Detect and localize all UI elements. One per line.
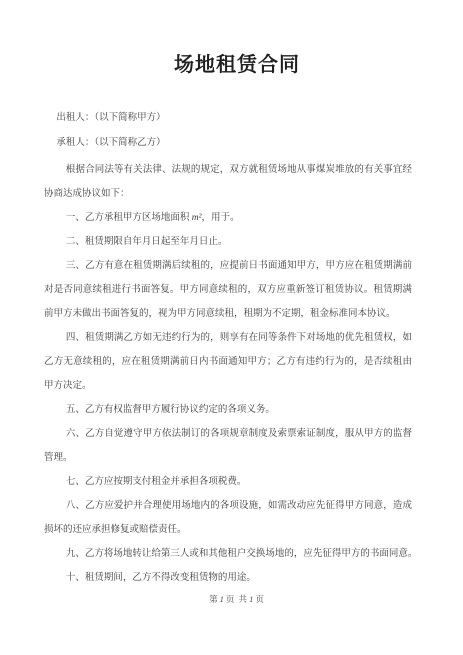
clause-8: 八、乙方应爱护并合理使用场地内的各项设施，如需改动应先征得甲方同意，造成损坏的还… (44, 494, 412, 542)
document-title: 场地租赁合同 (44, 53, 430, 77)
footer-prefix: 第 (209, 594, 219, 604)
square-meter-unit: m² (192, 213, 202, 223)
contract-page: 场地租赁合同 出租人：（以下简称甲方） 承租人：（以下简称乙方） 根据合同法等有… (0, 0, 463, 655)
clause-1-text-pre: 一、乙方承租甲方区场地面积 (66, 213, 192, 223)
clause-3: 三、乙方有意在租赁期满后续租的，应提前日书面通知甲方，甲方应在租赁期满前对是否同… (44, 254, 412, 326)
lessee-line: 承租人：（以下简称乙方） (44, 131, 430, 156)
clause-4: 四、租赁期满乙方如无违约行为的，则享有在同等条件下对场地的优先租赁权，如乙方无意… (44, 326, 412, 398)
clause-2: 二、租赁期限自年月日起至年月日止。 (44, 230, 412, 254)
clause-7: 七、乙方应按期支付租金并承担各项税费。 (44, 470, 412, 494)
current-page-number: 1 (219, 594, 226, 604)
clause-1: 一、乙方承租甲方区场地面积 m²，用于。 (44, 206, 412, 230)
clause-9: 九、乙方将场地转让给第三人或和其他租户交换场地的，应先征得甲方的书面同意。 (44, 542, 412, 566)
intro-paragraph: 根据合同法等有关法律、法规的规定，双方就租赁场地从事煤炭堆放的有关事宜经协商达成… (44, 158, 412, 206)
clause-5: 五、乙方有权监督甲方履行协议约定的各项义务。 (44, 398, 412, 422)
parties-block: 出租人：（以下简称甲方） 承租人：（以下简称乙方） (44, 106, 430, 156)
page-footer: 第1页 共1页 (44, 594, 430, 604)
lessor-line: 出租人：（以下简称甲方） (44, 106, 430, 131)
clause-1-text-post: ，用于。 (201, 213, 239, 223)
clause-6: 六、乙方自觉遵守甲方依法制订的各项规章制度及索票索证制度，服从甲方的监督管理。 (44, 422, 412, 470)
contract-body: 根据合同法等有关法律、法规的规定，双方就租赁场地从事煤炭堆放的有关事宜经协商达成… (44, 158, 412, 590)
clause-10: 十、租赁期间，乙方不得改变租赁物的用途。 (44, 566, 412, 590)
footer-middle: 页 共 (226, 594, 248, 604)
footer-suffix: 页 (255, 594, 265, 604)
